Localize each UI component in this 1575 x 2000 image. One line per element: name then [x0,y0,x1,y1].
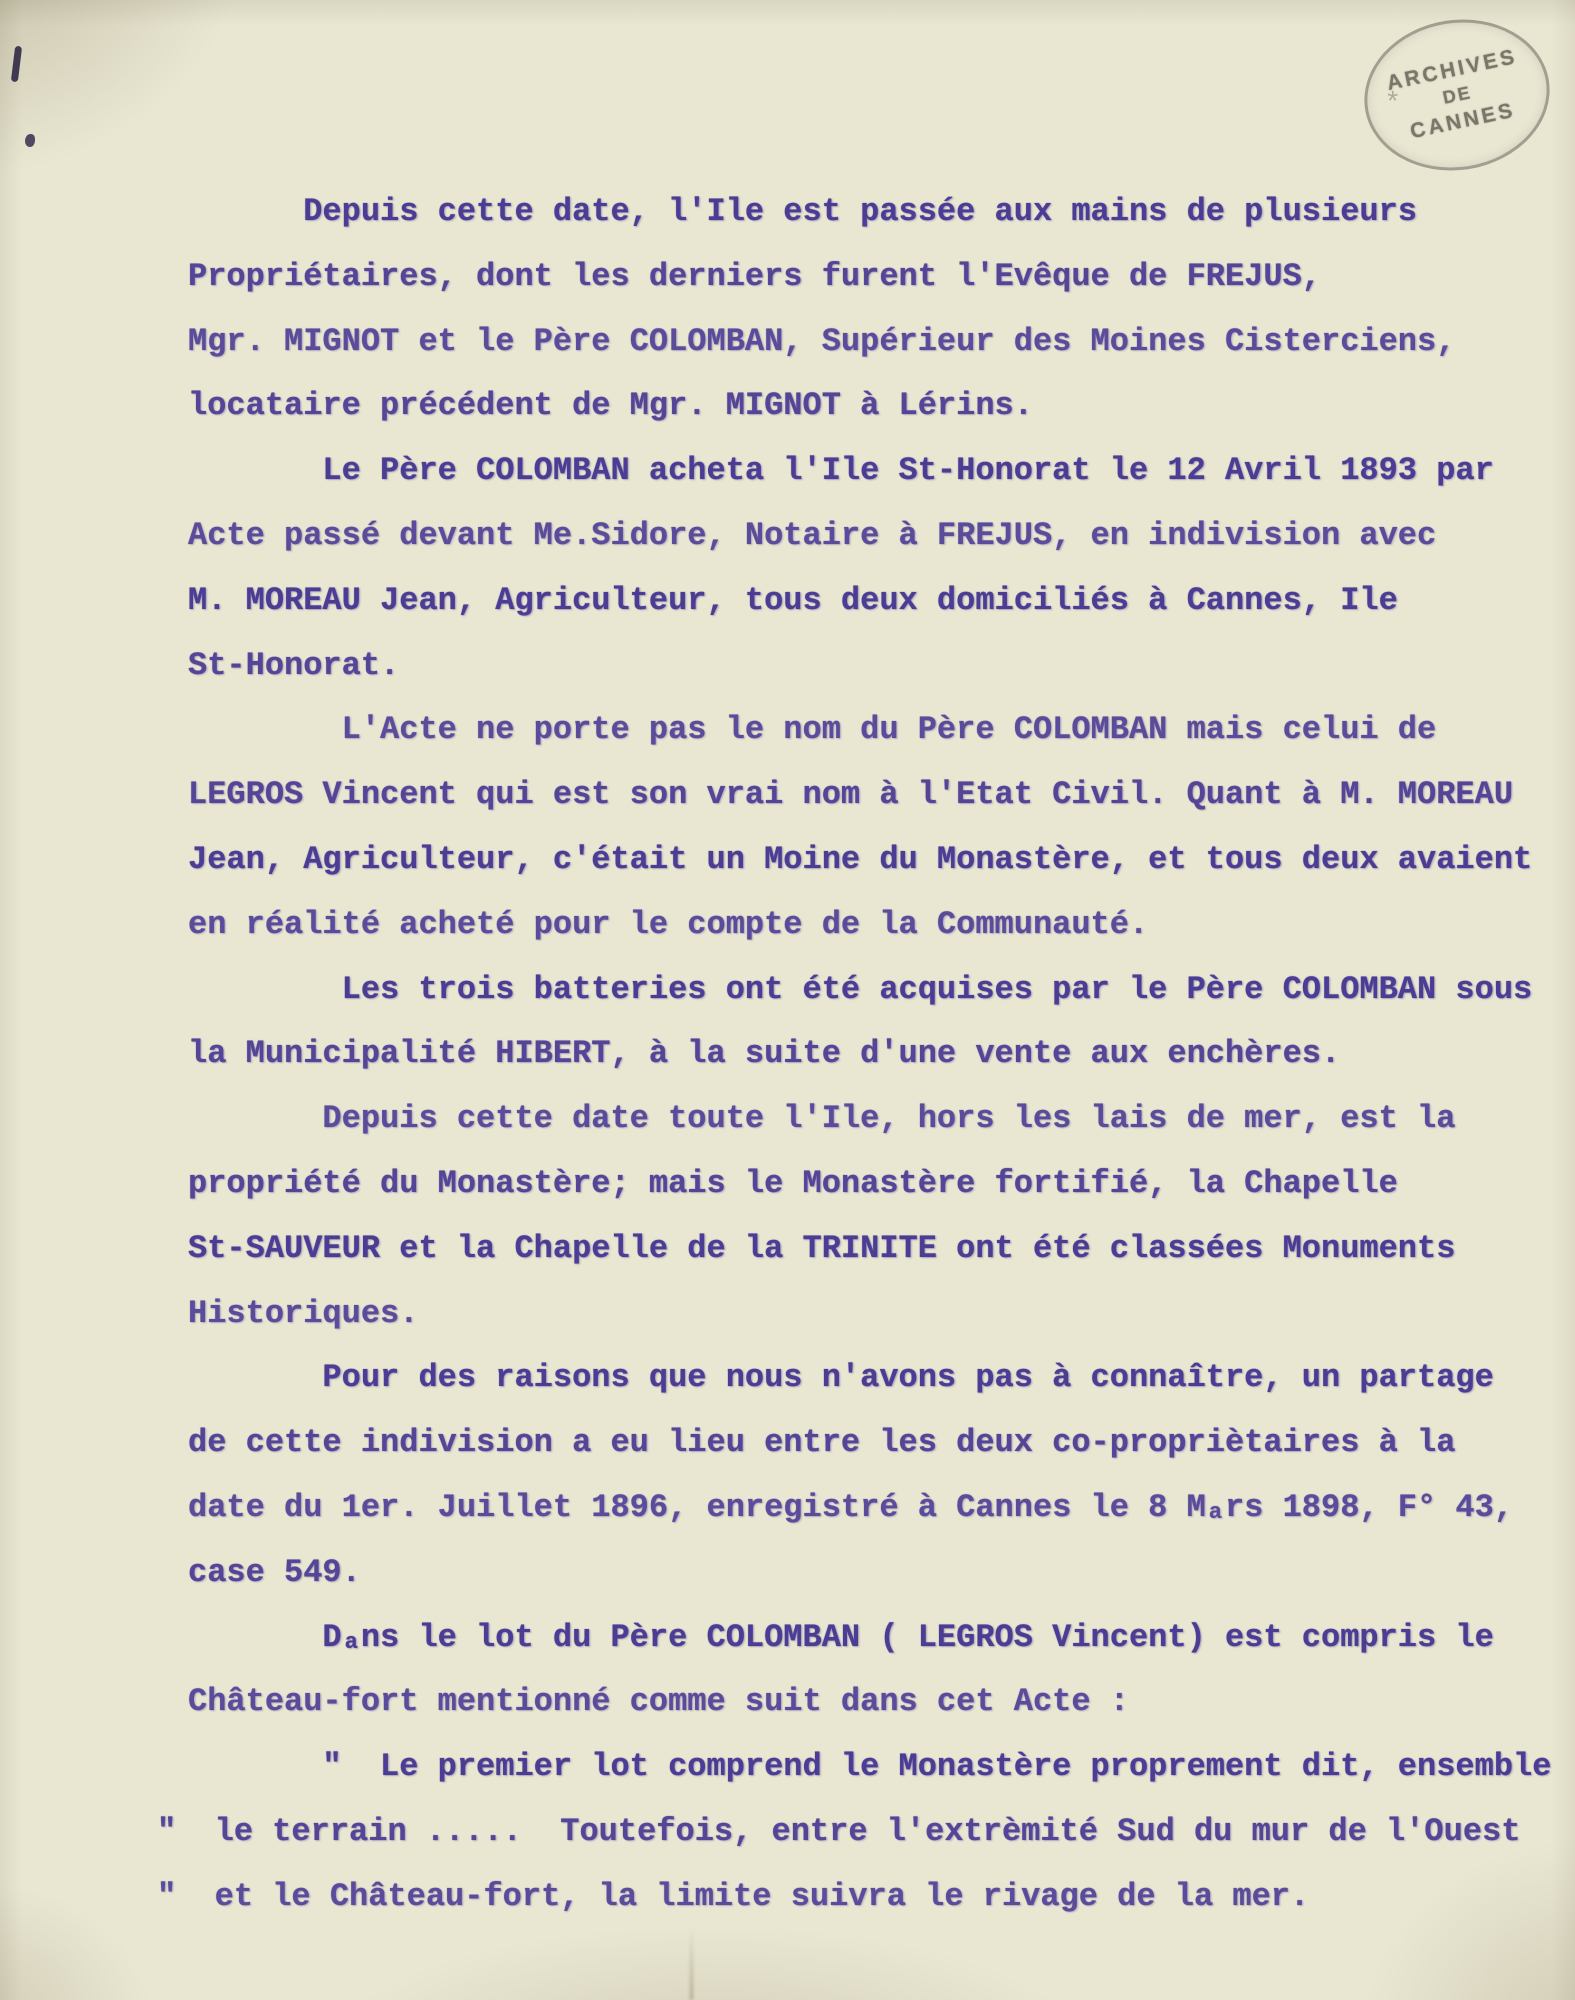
text-line: " le terrain ..... Toutefois, entre l'ex… [157,1800,1575,1865]
text-line: Mgr. MIGNOT et le Père COLOMBAN, Supérie… [188,310,1575,375]
text-line: Depuis cette date, l'Ile est passée aux … [188,180,1575,245]
text-line: " Le premier lot comprend le Monastère p… [188,1735,1575,1800]
text-line: la Municipalité HIBERT, à la suite d'une… [188,1022,1575,1087]
text-line: Jean, Agriculteur, c'était un Moine du M… [188,828,1575,893]
stamp-text: ARCHIVES DE CANNES [1384,43,1530,148]
text-line: case 549. [188,1541,1575,1606]
text-line: L'Acte ne porte pas le nom du Père COLOM… [188,698,1575,763]
text-line: Château-fort mentionné comme suit dans c… [188,1670,1575,1735]
text-line: en réalité acheté pour le compte de la C… [188,893,1575,958]
text-line: St-SAUVEUR et la Chapelle de la TRINITE … [188,1217,1575,1282]
document-page: * ARCHIVES DE CANNES Depuis cette date, … [0,0,1575,2000]
text-line: Depuis cette date toute l'Ile, hors les … [188,1087,1575,1152]
text-line: Dₐns le lot du Père COLOMBAN ( LEGROS Vi… [188,1606,1575,1671]
text-line: de cette indivision a eu lieu entre les … [188,1411,1575,1476]
ink-speck [11,46,22,83]
text-line: LEGROS Vincent qui est son vrai nom à l'… [188,763,1575,828]
text-line: propriété du Monastère; mais le Monastèr… [188,1152,1575,1217]
text-line: M. MOREAU Jean, Agriculteur, tous deux d… [188,569,1575,634]
text-line: Propriétaires, dont les derniers furent … [188,245,1575,310]
typewritten-text: Depuis cette date, l'Ile est passée aux … [0,180,1575,1930]
text-line: Historiques. [188,1282,1575,1347]
text-line: Les trois batteries ont été acquises par… [188,958,1575,1023]
archives-de-cannes-stamp: * ARCHIVES DE CANNES [1353,6,1560,183]
ink-speck [25,134,35,147]
paper-crease [690,1928,693,2000]
text-line: St-Honorat. [188,634,1575,699]
text-line: Le Père COLOMBAN acheta l'Ile St-Honorat… [188,439,1575,504]
text-line: Pour des raisons que nous n'avons pas à … [188,1346,1575,1411]
text-line: date du 1er. Juillet 1896, enregistré à … [188,1476,1575,1541]
text-line: " et le Château-fort, la limite suivra l… [157,1865,1575,1930]
text-line: locataire précédent de Mgr. MIGNOT à Lér… [188,374,1575,439]
text-line: Acte passé devant Me.Sidore, Notaire à F… [188,504,1575,569]
